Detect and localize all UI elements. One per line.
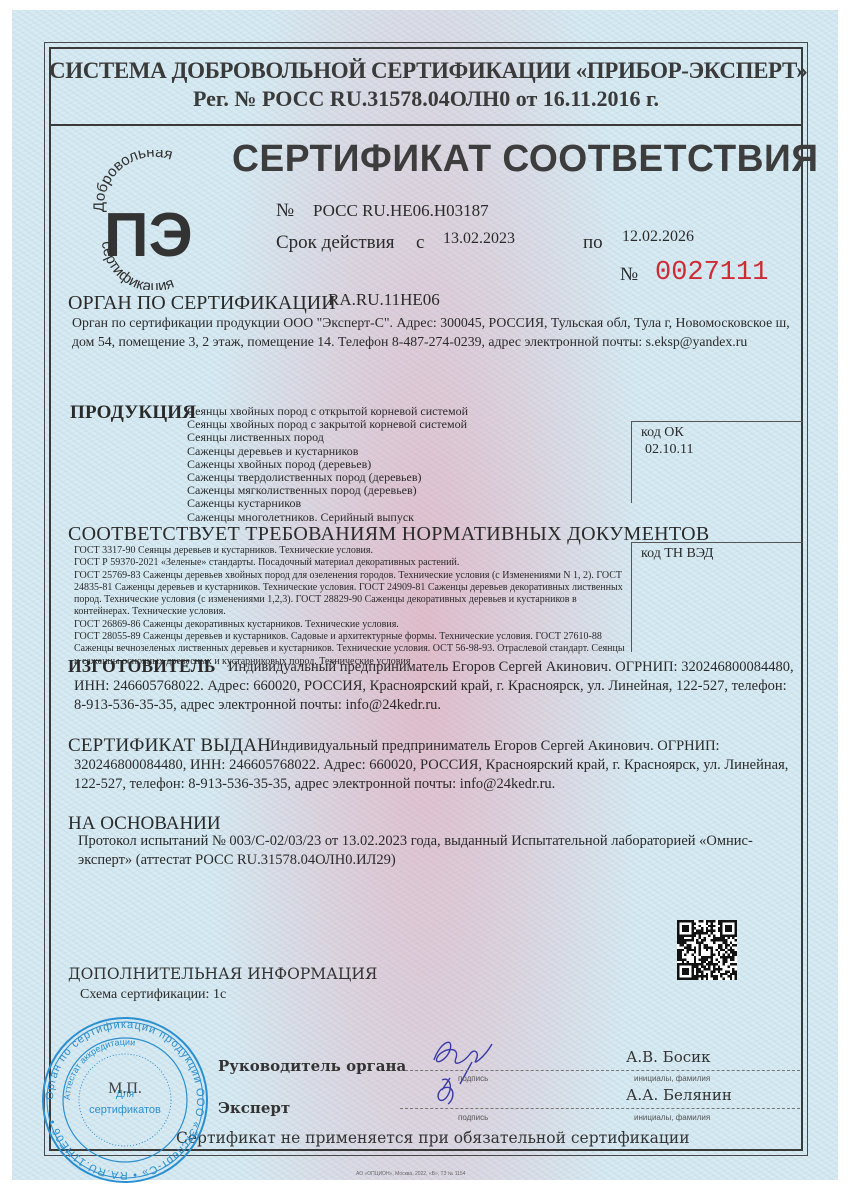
expert-signature-caption: подпись (458, 1113, 488, 1122)
expert-label: Эксперт (218, 1099, 290, 1117)
certification-body-text: Орган по сертификации продукции ООО "Экс… (72, 313, 800, 351)
validity-to-label: по (583, 232, 603, 254)
stamp-seal-icon: Орган по сертификации продукции ООО «Экс… (40, 1015, 210, 1185)
ok-code-value: 02.10.11 (645, 442, 693, 458)
tnved-code-box: код ТН ВЭД (631, 542, 803, 652)
product-item: Саженцы кустарников (187, 497, 468, 510)
head-name-caption: инициалы, фамилия (634, 1074, 710, 1083)
expert-signature-line (400, 1108, 800, 1109)
seal-place-label: М.П. (108, 1080, 142, 1097)
compliance-heading: СООТВЕТСТВУЕТ ТРЕБОВАНИЯМ НОРМАТИВНЫХ ДО… (68, 523, 710, 546)
head-signature-caption: подпись (458, 1074, 488, 1083)
validity-label: Срок действия (276, 232, 395, 254)
certification-body-heading: ОРГАН ПО СЕРТИФИКАЦИИ (68, 292, 336, 315)
product-item: Саженцы деревьев и кустарников (187, 445, 468, 458)
product-item: Сеянцы лиственных пород (187, 431, 468, 444)
certificate-number: РОСС RU.НЕ06.Н03187 (313, 201, 489, 221)
certificate-title: СЕРТИФИКАТ СООТВЕТСТВИЯ (232, 138, 819, 181)
system-title: СИСТЕМА ДОБРОВОЛЬНОЙ СЕРТИФИКАЦИИ «ПРИБО… (49, 58, 803, 84)
valid-to-date: 12.02.2026 (622, 228, 694, 246)
expert-name: А.А. Белянин (626, 1086, 732, 1104)
header-divider (49, 124, 803, 126)
basis-text: Протокол испытаний № 003/С-02/03/23 от 1… (78, 832, 758, 870)
footer-note: Сертификат не применяется при обязательн… (176, 1129, 690, 1147)
validity-from-label: с (416, 232, 424, 254)
system-registration: Рег. № РОСС RU.31578.04ОЛН0 от 16.11.201… (49, 86, 803, 112)
certification-body-code: RA.RU.11НЕ06 (328, 290, 440, 310)
compliance-line: ГОСТ 3317-90 Сеянцы деревьев и кустарник… (74, 545, 632, 557)
tnved-code-label: код ТН ВЭД (641, 546, 713, 562)
valid-from-date: 13.02.2023 (443, 230, 515, 248)
ok-code-box: код ОК 02.10.11 (631, 421, 803, 503)
certification-scheme: Схема сертификации: 1с (80, 987, 226, 1003)
head-name: А.В. Босик (626, 1048, 711, 1066)
products-heading: ПРОДУКЦИЯ (70, 402, 196, 424)
product-item: Саженцы многолетников. Серийный выпуск (187, 511, 468, 524)
issued-to-text: Индивидуальный предприниматель Егоров Се… (74, 737, 800, 794)
form-number-label: № (620, 264, 638, 286)
stamp-center-bottom: сертификатов (89, 1104, 161, 1116)
additional-info-heading: ДОПОЛНИТЕЛЬНАЯ ИНФОРМАЦИЯ (68, 965, 377, 983)
expert-name-caption: инициалы, фамилия (634, 1113, 710, 1122)
ok-code-label: код ОК (641, 425, 684, 441)
form-number: 0027111 (655, 258, 768, 288)
number-label: № (276, 200, 294, 222)
compliance-line: ГОСТ Р 59370-2021 «Зеленые» стандарты. П… (74, 557, 632, 569)
compliance-line: ГОСТ 26869-86 Саженцы декоративных куста… (74, 619, 632, 631)
head-of-body-label: Руководитель органа (218, 1057, 406, 1075)
head-signature-line (400, 1070, 800, 1071)
qr-code-icon[interactable] (677, 920, 737, 980)
products-list: Сеянцы хвойных пород с открытой корневой… (187, 405, 468, 524)
pe-logo-icon: Добровольная ПЭ сертификация (82, 150, 222, 290)
print-info: АО «ОПЦИОН», Москва, 2022, «В», ТЗ № 115… (356, 1171, 465, 1177)
compliance-documents: ГОСТ 3317-90 Сеянцы деревьев и кустарник… (74, 545, 632, 668)
manufacturer-text: Индивидуальный предприниматель Егоров Се… (74, 658, 800, 715)
compliance-line: ГОСТ 25769-83 Саженцы деревьев хвойных п… (74, 570, 632, 619)
